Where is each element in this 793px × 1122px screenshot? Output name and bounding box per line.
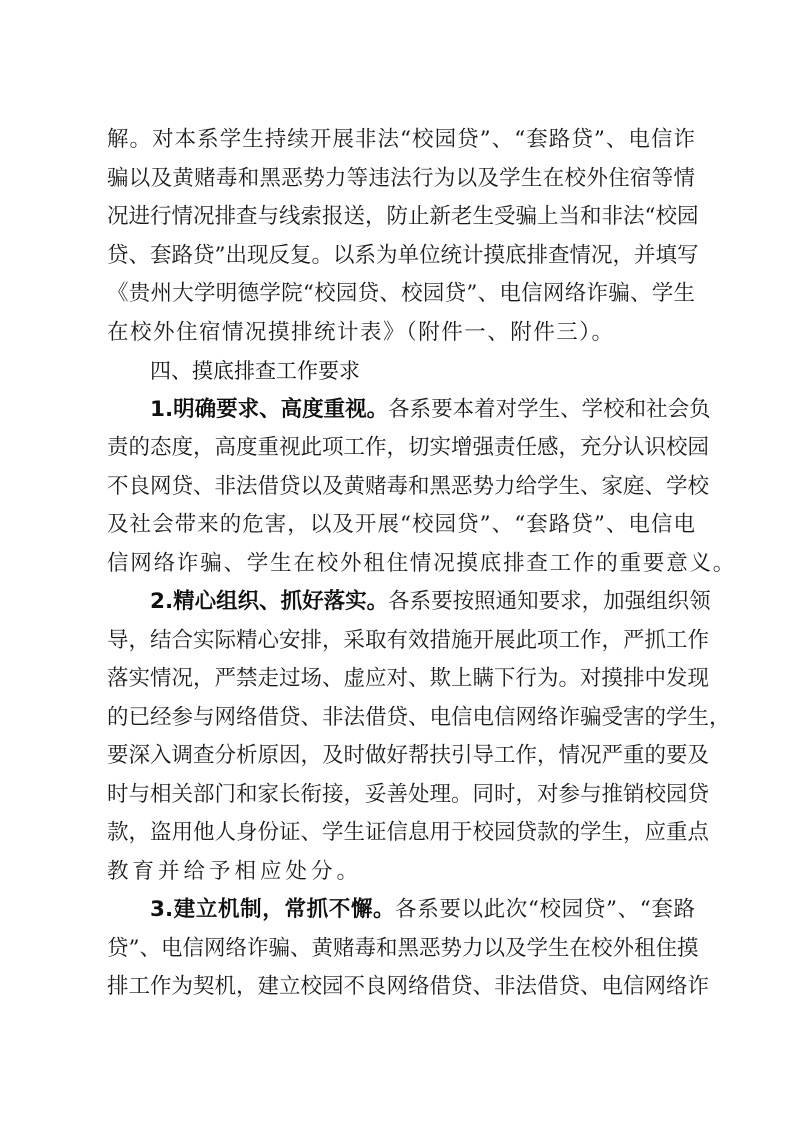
paragraph-line: 在校外住宿情况摸排统计表》（附件一、附件三）。 <box>107 314 615 352</box>
paragraph-line: 骗以及黄赌毒和黑恶势力等违法行为以及学生在校外住宿等情 <box>107 160 695 198</box>
paragraph-line: 款，盗用他人身份证、学生证信息用于校园贷款的学生，应重点 <box>107 814 695 852</box>
section-heading: 四、摸底排查工作要求 <box>150 352 360 390</box>
paragraph-line: 不良网贷、非法借贷以及黄赌毒和黑恶势力给学生、家庭、学校 <box>107 468 695 506</box>
paragraph-line: 贷”、电信网络诈骗、黄赌毒和黑恶势力以及学生在校外租住摸 <box>107 930 695 968</box>
paragraph-line: 导，结合实际精心安排，采取有效措施开展此项工作，严抓工作 <box>107 622 695 660</box>
item-3-first-line: 3.建立机制，常抓不懈。各系要以此次“校园贷”、“套路 <box>150 891 695 929</box>
item-2-first-line: 2.精心组织、抓好落实。各系要按照通知要求，加强组织领 <box>150 583 695 621</box>
paragraph-line: 落实情况，严禁走过场、虚应对、欺上瞒下行为。对摸排中发现 <box>107 660 695 698</box>
item-3-text: 各系要以此次“校园贷”、“套路 <box>395 897 695 922</box>
paragraph-line: 责的态度，高度重视此项工作，切实增强责任感，充分认识校园 <box>107 429 695 467</box>
paragraph-line: 要深入调查分析原因，及时做好帮扶引导工作，情况严重的要及 <box>107 737 695 775</box>
paragraph-line: 的已经参与网络借贷、非法借贷、电信电信网络诈骗受害的学生， <box>107 699 695 737</box>
paragraph-line: 《贵州大学明德学院“校园贷、校园贷”、电信网络诈骗、学生 <box>107 275 695 313</box>
item-2-text: 各系要按照通知要求，加强组织领 <box>388 589 711 614</box>
item-2-lead: 2.精心组织、抓好落实。 <box>150 589 388 614</box>
paragraph-line: 信网络诈骗、学生在校外租住情况摸底排查工作的重要意义。 <box>107 545 736 583</box>
item-1-first-line: 1.明确要求、高度重视。各系要本着对学生、学校和社会负 <box>150 391 695 429</box>
paragraph-line: 解。对本系学生持续开展非法“校园贷”、“套路贷”、电信诈 <box>107 121 695 159</box>
paragraph-line: 况进行情况排查与线索报送，防止新老生受骗上当和非法“校园 <box>107 198 695 236</box>
paragraph-line: 教育并给予相应处分。 <box>107 853 362 891</box>
paragraph-line: 排工作为契机，建立校园不良网络借贷、非法借贷、电信网络诈 <box>107 968 695 1006</box>
item-3-lead: 3.建立机制，常抓不懈。 <box>150 897 395 922</box>
document-page: 解。对本系学生持续开展非法“校园贷”、“套路贷”、电信诈 骗以及黄赌毒和黑恶势力… <box>0 0 793 1122</box>
paragraph-line: 时与相关部门和家长衔接，妥善处理。同时，对参与推销校园贷 <box>107 776 695 814</box>
item-1-lead: 1.明确要求、高度重视。 <box>150 397 388 422</box>
paragraph-line: 及社会带来的危害，以及开展“校园贷”、“套路贷”、电信电 <box>107 506 695 544</box>
item-1-text: 各系要本着对学生、学校和社会负 <box>388 397 711 422</box>
paragraph-line: 贷、套路贷”出现反复。以系为单位统计摸底排查情况，并填写 <box>107 237 695 275</box>
